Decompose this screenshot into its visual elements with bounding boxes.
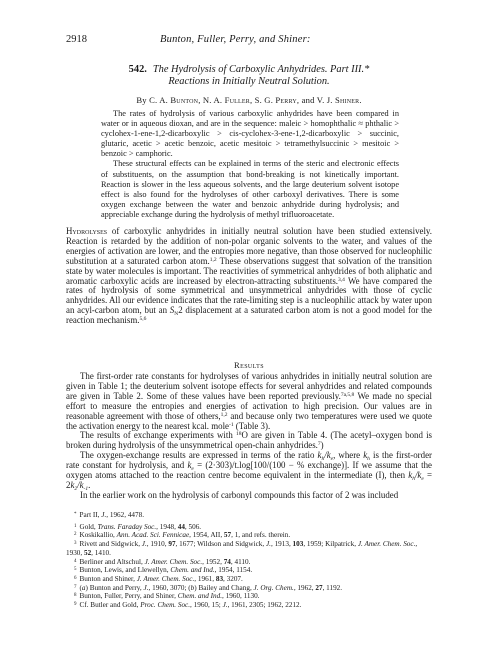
results-paragraph-4: In the earlier work on the hydrolysis of…	[66, 491, 432, 501]
footnote-4: 4Berliner and Altschul, J. Amer. Chem. S…	[66, 558, 432, 567]
author-1: Bunton	[170, 95, 198, 105]
title-line-2: Reactions in Initially Neutral Solution.	[168, 76, 329, 87]
abstract-paragraph-1: The rates of hydrolysis of various carbo…	[101, 109, 399, 159]
abstract: The rates of hydrolysis of various carbo…	[101, 109, 399, 220]
citation: 3,4	[338, 277, 345, 283]
results-section: The first-order rate constants for hydro…	[66, 372, 432, 501]
symbol-kh: kh	[363, 450, 370, 460]
citation: 7a,5,8	[341, 392, 354, 398]
ratio-kh-ke: kh/ke	[318, 450, 334, 460]
footnote-star: *Part II, J., 1962, 4478.	[66, 511, 432, 520]
citation: 1,2	[210, 257, 217, 263]
running-header: 2918 Bunton, Fuller, Perry, and Shiner:	[66, 34, 432, 48]
footnote-5: 5Bunton, Lewis, and Llewellyn, Chem. and…	[66, 566, 432, 575]
equation-ratio: kh/ke	[408, 470, 424, 480]
article-title: 542.The Hydrolysis of Carboxylic Anhydri…	[66, 64, 432, 88]
footnote-8: 8Bunton, Fuller, Perry, and Shiner, Chem…	[66, 592, 432, 601]
author-2: Fuller	[225, 95, 250, 105]
abstract-paragraph-2: These structural effects can be explaine…	[101, 159, 399, 220]
section-heading-results: Results	[66, 360, 432, 370]
author-3: Perry	[275, 95, 296, 105]
lead-word: Hydrolyses	[66, 226, 107, 236]
journal-page: 2918 Bunton, Fuller, Perry, and Shiner: …	[0, 0, 500, 655]
article-number: 542.	[129, 64, 147, 75]
running-head-authors: Bunton, Fuller, Perry, and Shiner:	[160, 34, 311, 45]
results-paragraph-3: The oxygen-exchange results are expresse…	[66, 451, 432, 491]
footnote-2: 2Koskikallio, Ann. Acad. Sci. Fennicae, …	[66, 531, 432, 540]
citation: 1,2	[221, 412, 228, 418]
footnote-7: 7(a) Bunton and Perry, J., 1960, 3070; (…	[66, 584, 432, 593]
intro-paragraph: Hydrolyses of carboxylic anhydrides in i…	[66, 227, 432, 326]
footnote-1: 1Gold, Trans. Faraday Soc., 1948, 44, 50…	[66, 523, 432, 532]
results-paragraph-2: The results of exchange experiments with…	[66, 431, 432, 451]
footnote-6: 6Bunton and Shiner, J. Amer. Chem. Soc.,…	[66, 575, 432, 584]
introduction: Hydrolyses of carboxylic anhydrides in i…	[66, 227, 432, 326]
citation: 5,6	[139, 316, 146, 322]
author-4: Shiner	[335, 95, 359, 105]
title-line-1: The Hydrolysis of Carboxylic Anhydrides.…	[153, 64, 369, 75]
byline-prefix: By C. A.	[136, 95, 170, 105]
footnotes: *Part II, J., 1962, 4478. 1Gold, Trans. …	[66, 511, 432, 610]
footnote-9: 9Cf. Butler and Gold, Proc. Chem. Soc., …	[66, 601, 432, 610]
results-paragraph-1: The first-order rate constants for hydro…	[66, 372, 432, 431]
byline: By C. A. Bunton, N. A. Fuller, S. G. Per…	[66, 95, 432, 105]
page-number: 2918	[66, 34, 87, 45]
footnote-3: 3Rivett and Sidgwick, J., 1910, 97, 1677…	[66, 540, 432, 557]
